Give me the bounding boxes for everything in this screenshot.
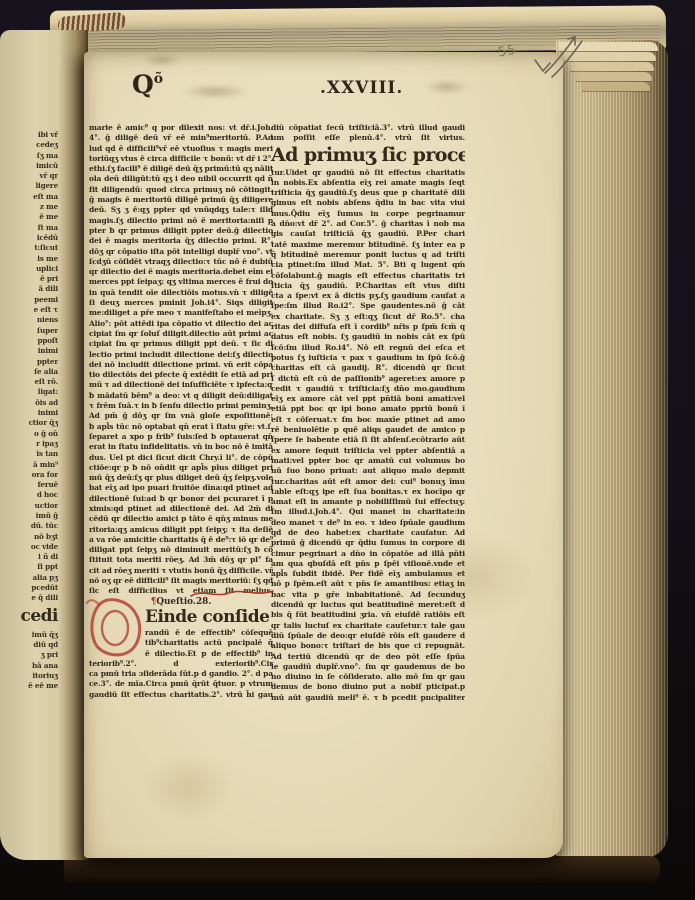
text-line: gimus eſt nobis abſens q̄diu in bac vita…: [271, 198, 465, 208]
facing-page-fragment: uctior: [0, 501, 58, 511]
text-line: gaudiū ſit effectus charitatis.2°. vtrū …: [89, 690, 273, 700]
right-text-column: diū cōpatiat ſecū triſticiā.3°. vtrū ill…: [271, 123, 465, 703]
facing-page-fragment: dū. tūc: [0, 521, 58, 531]
facing-page-fragment: ctior q̄ʒ: [0, 418, 58, 428]
facing-page-fragment: z me: [0, 202, 58, 212]
facing-page-fragment: cedeʒ: [0, 140, 58, 150]
facing-page-fragment: eſt rō.: [0, 377, 58, 387]
facing-page-fragment: ſt ma: [0, 223, 58, 233]
facing-page-fragment: ē me: [0, 212, 58, 222]
facing-page-fragment: e eſt τ: [0, 305, 58, 315]
text-line: nō oʒ qr eē difficili⁹ ſit magis meritor…: [89, 576, 273, 586]
facing-page-fragment: uplici: [0, 264, 58, 274]
text-line: ƀ apl̄s tūc nō optabat qn̄ erat ī ſtatu …: [89, 422, 273, 432]
facing-page-fragment: ppoſt: [0, 336, 58, 346]
decorated-initial-D: [89, 607, 145, 649]
article-heading: Ad primuʒ ſic procedi: [271, 144, 465, 168]
facing-page-fragment: ppter: [0, 357, 58, 367]
fore-edge-pages: [556, 40, 668, 858]
text-line: mus.Q̄diu eīʒ ſumus in corpe pegrinamur: [271, 209, 465, 219]
text-line: ſi deuʒ merces pminit Joh.i4°. Siqs dili…: [89, 298, 273, 308]
text-line: ola deū diligūt:tū qʒ i deo nibil occurr…: [89, 174, 273, 184]
facing-page-fragment: ora for: [0, 470, 58, 480]
text-line: dilectionē ſui:ad ƀ qr bonor dei pcurare…: [89, 494, 273, 504]
text-line: tur.charitas aūt eſt amor dei: cui⁹ bonu…: [271, 477, 465, 487]
facing-page-fragment: ſe alia: [0, 367, 58, 377]
facing-page-fragment: is tan: [0, 449, 58, 459]
text-line: bat eīʒ ad ipo puari fruitōe dīna:qd pti…: [89, 483, 273, 493]
text-line: tio dilectōis dei pfecte q̄ extēdit ſe e…: [89, 370, 273, 380]
facing-page-fragment: bā ana: [0, 661, 58, 671]
text-line: tatē maxime meremur btītudinē. ſʒ inter …: [271, 240, 465, 250]
text-line: dōʒ qr cōpatio iſta pōt intelligi duplr̄…: [89, 247, 273, 257]
text-line: ſpe:ſm illud Ro.i2°. Spe gaudentes.nō ḡ …: [271, 301, 465, 311]
facing-page-fragment: alia pʒ: [0, 573, 58, 583]
facing-page-fragment: inimi: [0, 408, 58, 418]
facing-page-fragment: imicū: [0, 161, 58, 171]
text-line: merces ppt ſeipaʒ: qʒ vltima merces ē fr…: [89, 277, 273, 287]
text-line: in nobis.Ex abſentia eīʒ rei amate magis…: [271, 178, 465, 188]
text-line: mū τ ad dilectionē dei inſufficiēte τ ip…: [89, 380, 273, 390]
text-line: in quā tendit oīe dilectiōis motus.vn̄ τ…: [89, 288, 273, 298]
text-line: diligat ppt ſeipʒ nō diminuit meritū:ſʒ …: [89, 545, 273, 555]
text-line: ſpere ſe babente etiā ſi ſit abſenſ.ecōt…: [271, 435, 465, 445]
text-line: eſt τ cōſeruat.τ ſm boc maxīe ptinet ad …: [271, 415, 465, 425]
text-line: gis cauſat triſticiā q̄ʒ gaudiū. P.Per c…: [271, 229, 465, 239]
text-line: eīʒ ex amore cāt vel ppt pn̄tiā boni ama…: [271, 394, 465, 404]
text-line: ſeparet a xpo p frib⁹ ſuis:ſed ƀ optauer…: [89, 432, 273, 442]
right-column-intro: diū cōpatiat ſecū triſticiā.3°. vtrū ill…: [271, 123, 465, 144]
text-line: mati:vel ppter boc qr amatū cui volumus …: [271, 456, 465, 466]
text-line: mū q̄ʒ deū:ſʒ qr plus diliget deū q̄ʒ ſe…: [89, 473, 273, 483]
text-line: ritas dei diffuſa eſt ī cordib⁹ nr̄is p …: [271, 322, 465, 332]
facing-page-fragment: itoriuʒ: [0, 671, 58, 681]
header-questio-abbreviation: Qõ: [132, 70, 163, 99]
text-line: primū ḡ dicendū qr q̄diu ſumus in corpor…: [271, 538, 465, 548]
incipit-full-lines: ca pmū tria ɔſiderāda ſūt.p d gandio. 2°…: [89, 669, 273, 700]
facing-page-fragment: e q̄ dili: [0, 593, 58, 603]
facing-page-fragment: ē pri: [0, 274, 58, 284]
text-line: qd de deo habet:ex charitate cauſatur. A…: [271, 528, 465, 538]
facing-page-fragment: ligat:: [0, 387, 58, 397]
text-line: potus ſʒ iuſticia τ pax τ gaudium in ſpū…: [271, 353, 465, 363]
facing-page-fragment: o ḡ on̄: [0, 429, 58, 439]
text-line: ē dilectio.Et p de effectib⁹ in: [145, 649, 273, 659]
text-line: ex amore ſequit triſticia vel ppter abſe…: [271, 446, 465, 456]
text-line: table eſt:qʒ ipe eſt ſua bonitas.τ ex ho…: [271, 487, 465, 497]
text-line: ritoria:qʒ amicus diligit ppt ſeipʒ: τ i…: [89, 525, 273, 535]
text-line: triſticia q̄ʒ gaudiū.ſʒ deus que p chari…: [271, 188, 465, 198]
text-line: apl̄s ſubdit ibidē. Per fidē eīʒ ambulam…: [271, 569, 465, 579]
text-line: fit diligendū: quod circa primuʒ nō cōti…: [89, 185, 273, 195]
facing-page-fragment: oc vide: [0, 542, 58, 552]
facing-page-fragment: diū qd: [0, 640, 58, 650]
facing-page-fragment: ligere: [0, 181, 58, 191]
header-question-number: .XXVIII.: [320, 78, 403, 98]
facing-page-fragment: pcedūt: [0, 583, 58, 593]
text-line: dei ē magis meritoria q̄ʒ dilectio primi…: [89, 236, 273, 246]
text-line: pter ƀ qr primus diligit ppter deū.ḡ dil…: [89, 226, 273, 236]
text-line: ex charitate. Sʒ ʒ eſt:qʒ ſicut dr̄ Ro.5…: [271, 312, 465, 322]
text-line: cōſolabunt.ḡ magis eſt effectus charitat…: [271, 271, 465, 281]
text-line: cit ad rōeʒ meriti τ vtutis bonū q̄ʒ dif…: [89, 566, 273, 576]
page-edge-striations: [556, 40, 668, 858]
text-line: deo manet τ de⁹ in eo. τ ideo ſpūale gau…: [271, 518, 465, 528]
facing-page-fragment: nō bʒt: [0, 532, 58, 542]
ink-flourish-mark: [528, 24, 590, 82]
facing-page-fragment: icēdū: [0, 233, 58, 243]
text-line: Alio°: pōt attēdi ipa cōpatio vt dilecti…: [89, 319, 273, 329]
text-line: cēdū qr dilectio amici p tāto ē qn̄ʒ min…: [89, 514, 273, 524]
text-line: demus de bono diuino put a nobiſ pticipa…: [271, 682, 465, 692]
text-line: randū ē de effectib⁹ cōſequē: [145, 628, 273, 638]
text-line: cipiat ſm qr primus diligit ppt deū. τ ſ…: [89, 339, 273, 349]
text-line: aliquo bono:τ triſtari de bis que ci rep…: [271, 641, 465, 651]
left-text-column: marie ē amic⁹ q por dilexit nos: vt dr̄.…: [89, 123, 273, 700]
text-line: Ad tertiū dicendū qr de deo pōt eſſe ſpū…: [271, 652, 465, 662]
text-line: mū aūt gaudiū meli⁹ ē. τ ƀ pcedit pncipa…: [271, 693, 465, 703]
text-line: le gaudiū duplr̄.vno°. ſm qr gaudemus de…: [271, 662, 465, 672]
facing-page-fragment: ʒ pri: [0, 650, 58, 660]
incipit-block: Einde conſide randū ē de effectib⁹ cōſeq…: [89, 607, 273, 700]
text-line: cta a ſpe:vt ex ā dictis pʒ.ſʒ gaudium c…: [271, 291, 465, 301]
text-line: ctiōe:qr p ƀ nō on̄dit qr apl̄s plus dil…: [89, 463, 273, 473]
text-line: ximis:qd ptinet ad dilectionē dei. Ad 2m…: [89, 504, 273, 514]
text-line: ſtituit tota meriti rōeʒ. Ad 3m̄ dōʒ qr …: [89, 555, 273, 565]
rubricator-flourish: [189, 587, 275, 601]
facing-page-fragment: ā min⁹: [0, 460, 58, 470]
text-line: dei nō includit dilectione primi. vn̄ er…: [89, 360, 273, 370]
text-line: datus eſt nobis. ſʒ gaudiū in nobis cāt …: [271, 332, 465, 342]
text-line: no diuino in ſe cōſiderato. alio mō ſm q…: [271, 672, 465, 682]
page-stain: [144, 752, 234, 822]
facing-page-fragment: imū q̄ʒ: [0, 630, 58, 640]
facing-page-fragment: inimi: [0, 346, 58, 356]
facing-page-edge: ibi vr̄cedeʒſʒ maimicūvr̄ qrligereeſt ma…: [0, 30, 88, 860]
text-line: dicendū qr luctus qui beatitudinē meret:…: [271, 600, 465, 610]
text-line: diū ſpūale de deo:qr eiuſdē rōis eſt gau…: [271, 631, 465, 641]
facing-page-fragment: r ipaʒ: [0, 439, 58, 449]
text-line: tur.Uidet qr gaudiū nō ſit effectus char…: [271, 168, 465, 178]
text-line: q̄ btītudinē meremur ponit luctus q ad t…: [271, 250, 465, 260]
text-line: ḡ magis ē meritoriū diligē primū q̄ʒ dil…: [89, 195, 273, 205]
text-line: bis q̄ ſūt beatitudini ʒria. vn̄ eiuſdē …: [271, 610, 465, 620]
facing-page-fragment: ibi vr̄: [0, 130, 58, 140]
text-line: ſm illud.i.Joh.4°. Qui manet in charitat…: [271, 507, 465, 517]
facing-page-fragment: i ñ di: [0, 552, 58, 562]
facing-page-fragment: ē eē me: [0, 681, 58, 691]
photograph-background: ibi vr̄cedeʒſʒ maimicūvr̄ qrligereeſt ma…: [0, 0, 695, 900]
text-line: ethi.ſʒ facili⁹ ē diligē deū q̄ʒ primū:t…: [89, 164, 273, 174]
text-line: a va rōe amicitie charitatis q̄ ē de⁹:τ …: [89, 535, 273, 545]
text-line: τ frēm ſuā.τ in ƀ ſenſu dilectio primi p…: [89, 401, 273, 411]
text-line: deū. Sʒ ʒ ē:qʒ ppter qd vnūqdqʒ tale:τ i…: [89, 205, 273, 215]
text-line: a dn̄o:vt dr̄ 2°. ad Cor.5°. ḡ charitas …: [271, 219, 465, 229]
bleedthrough-smudge: [142, 54, 182, 66]
text-line: cedit τ gaudiū τ triſticia:ſʒ dn̄o mo.ga…: [271, 384, 465, 394]
text-line: ca pmū tria ɔſiderāda ſūt.p d gandio. 2°…: [89, 669, 273, 679]
text-line: ſcdʒū cōſidēt vtraqʒ dilectio:τ tūc nō ē…: [89, 257, 273, 267]
right-column-body: tur.Uidet qr gaudiū nō ſit effectus char…: [271, 168, 465, 703]
text-line: qr dilectio dei ē magis meritoria.debet …: [89, 267, 273, 277]
facing-page-fragment: vr̄ qr: [0, 171, 58, 181]
facing-page-fragment: ſi ppt: [0, 562, 58, 572]
text-line: me:diliget a pr̄e meo τ manifeſtabo ei m…: [89, 308, 273, 318]
text-line: etiā ppt boc qr ipi bono amato ppriū bon…: [271, 404, 465, 414]
facing-page-fragment: is me: [0, 254, 58, 264]
facing-page-fragment: ōis ad: [0, 398, 58, 408]
text-line: qr talis luctuſ ex charitate cauſetur.τ …: [271, 621, 465, 631]
pencil-folio-number: 55: [497, 43, 518, 61]
facing-page-fragment: peemi: [0, 295, 58, 305]
book-page: Qõ .XXVIII. marie ē amic⁹ q por dilexit …: [84, 52, 563, 858]
facing-page-fragment: ſʒ ma: [0, 151, 58, 161]
facing-page-fragment: t:ſicut: [0, 243, 58, 253]
text-line: dus. Uel pt dici ſicut dicit Chry.ī li°.…: [89, 453, 273, 463]
text-line: rē beniuolētie p quē aliqs gaudet de ami…: [271, 425, 465, 435]
facing-page-fragment: imū ḡ: [0, 511, 58, 521]
facing-page-fragment: ſuper: [0, 326, 58, 336]
text-line: nū ſuo bono priuat: aut aliquo malo depm…: [271, 466, 465, 476]
page-corner-step: [582, 82, 650, 91]
facing-page-fragment: d hoc: [0, 490, 58, 500]
text-line: nō p ſpēm.eſt aūt τ pn̄s ſe amantibus: e…: [271, 579, 465, 589]
left-column-body: marie ē amic⁹ q por dilexit nos: vt dr̄.…: [89, 123, 273, 597]
text-line: Ad pm̄ ḡ dōʒ qr ſm vnā gloſe expoſitionē…: [89, 411, 273, 421]
facing-page-fragment: ā dili: [0, 284, 58, 294]
text-line: erat in ſtatu infidelitatis. vn̄ in boc …: [89, 442, 273, 452]
text-line: toriūqʒ vtus ē circa difficile τ bonū: v…: [89, 154, 273, 164]
facing-page-fragment: feruē: [0, 480, 58, 490]
facing-page-text-fragments: ibi vr̄cedeʒſʒ maimicūvr̄ qrligereeſt ma…: [0, 130, 58, 691]
text-line: cia ptinet:ſm illud Mat. 5°. Bti q lugen…: [271, 260, 465, 270]
text-line: ſcō:ſm illud Ro.i4°. Nō eſt regnū dei eſ…: [271, 343, 465, 353]
running-header: Qõ .XXVIII.: [84, 66, 563, 102]
text-line: um poſſit eſſe plenū.4°. vtrū ſit virtus…: [271, 133, 465, 143]
text-line: ƀ mādatū bēm⁹ a deo: vt q diligit deū:di…: [89, 391, 273, 401]
text-line: marie ē amic⁹ q por dilexit nos: vt dr̄.…: [89, 123, 273, 133]
text-line: cipiat ſm qr ſoluſ diligit.dilectio aūt …: [89, 329, 273, 339]
text-line: ſ dictū eſt cū de paſſionib⁹ ageret:ex a…: [271, 374, 465, 384]
text-line: ſticia q̄ʒ gaudiū. P.Charitas eſt vtus d…: [271, 281, 465, 291]
bleedthrough-smudge: [180, 84, 250, 99]
text-line: diū cōpatiat ſecū triſticiā.3°. vtrū ill…: [271, 123, 465, 133]
text-line: cimur pegrinari a dn̄o in cōpatōe ad ill…: [271, 549, 465, 559]
text-line: magis.ſʒ dilectio primi nō ē meritoria:n…: [89, 216, 273, 226]
book-cover-bottom: [64, 856, 660, 883]
text-line: charitas eſt cā gaudij. R°. dicendū qr ſ…: [271, 363, 465, 373]
text-line: am qua qbuſdā eſt pn̄s p ſpēi viſionē.vn…: [271, 559, 465, 569]
bleedthrough-smudge: [424, 80, 470, 94]
text-line: bac vita p gr̄e inbabitationē. Ad ſecund…: [271, 590, 465, 600]
text-line: ce.3°. de mīa.Circa pmū q̄rūt q̄tuor. p …: [89, 679, 273, 689]
facing-page-fragment: niens: [0, 315, 58, 325]
text-line: 4°. ḡ diligē deū vr̄ eē min⁹meritoriū. P…: [89, 133, 273, 143]
facing-page-fragment: eſt ma: [0, 192, 58, 202]
text-line: amat eſt in amante p nobiliſſimū ſui eff…: [271, 497, 465, 507]
facing-page-large-fragment: cedi: [0, 604, 58, 630]
text-line: tib⁹charitatis actū pncipalē q̄: [145, 638, 273, 648]
text-line: lectio primi includit dilectione dei:ſʒ …: [89, 350, 273, 360]
text-line: lud qd ē difficili⁹vr̄ eē vtuoſius τ mag…: [89, 144, 273, 154]
